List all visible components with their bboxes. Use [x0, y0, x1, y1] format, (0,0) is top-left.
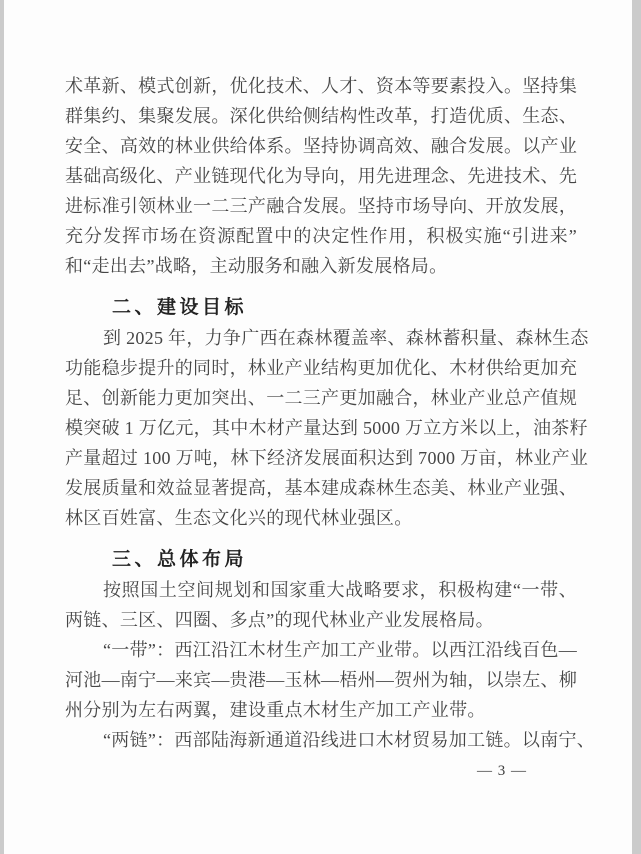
text-line: 和“走出去”战略，主动服务和融入新发展格局。: [65, 251, 577, 281]
document-text: 术革新、模式创新，优化技术、人才、资本等要素投入。坚持集 群集约、集聚发展。深化…: [65, 71, 577, 755]
section-heading-goals: 二、建设目标: [65, 293, 577, 323]
text-line: 发展质量和效益显著提高，基本建成森林生态美、林业产业强、: [65, 473, 577, 503]
text-line: 功能稳步提升的同时，林业产业结构更加优化、木材供给更加充: [65, 353, 577, 383]
page-number: — 3 —: [65, 761, 527, 781]
text-line: “一带”：西江沿江木材生产加工产业带。以西江沿线百色—: [65, 635, 577, 665]
text-line: 模突破 1 万亿元，其中木材产量达到 5000 万立方米以上，油茶籽: [65, 413, 577, 443]
text-line: 两链、三区、四圈、多点”的现代林业产业发展格局。: [65, 605, 577, 635]
text-line: 林区百姓富、生态文化兴的现代林业强区。: [65, 503, 577, 533]
text-line: 州分别为左右两翼，建设重点木材生产加工产业带。: [65, 695, 577, 725]
text-line: 术革新、模式创新，优化技术、人才、资本等要素投入。坚持集: [65, 71, 577, 101]
text-line: 群集约、集聚发展。深化供给侧结构性改革，打造优质、生态、: [65, 101, 577, 131]
text-line: 进标准引领林业一二三产融合发展。坚持市场导向、开放发展，: [65, 191, 577, 221]
viewer-gutter-left: [0, 0, 4, 854]
document-page: 术革新、模式创新，优化技术、人才、资本等要素投入。坚持集 群集约、集聚发展。深化…: [0, 0, 641, 854]
text-line: 到 2025 年，力争广西在森林覆盖率、森林蓄积量、森林生态: [65, 323, 577, 353]
text-line: “两链”：西部陆海新通道沿线进口木材贸易加工链。以南宁、: [65, 725, 577, 755]
viewer-gutter-right: [632, 0, 641, 854]
text-line: 河池—南宁—来宾—贵港—玉林—梧州—贺州为轴，以崇左、柳: [65, 665, 577, 695]
text-line: 产量超过 100 万吨，林下经济发展面积达到 7000 万亩，林业产业: [65, 443, 577, 473]
text-line: 按照国土空间规划和国家重大战略要求，积极构建“一带、: [65, 575, 577, 605]
text-line: 安全、高效的林业供给体系。坚持协调高效、融合发展。以产业: [65, 131, 577, 161]
section-heading-layout: 三、总体布局: [65, 545, 577, 575]
text-line: 充分发挥市场在资源配置中的决定性作用，积极实施“引进来”: [65, 221, 577, 251]
text-line: 足、创新能力更加突出、一二三产更加融合，林业产业总产值规: [65, 383, 577, 413]
text-line: 基础高级化、产业链现代化为导向，用先进理念、先进技术、先: [65, 161, 577, 191]
